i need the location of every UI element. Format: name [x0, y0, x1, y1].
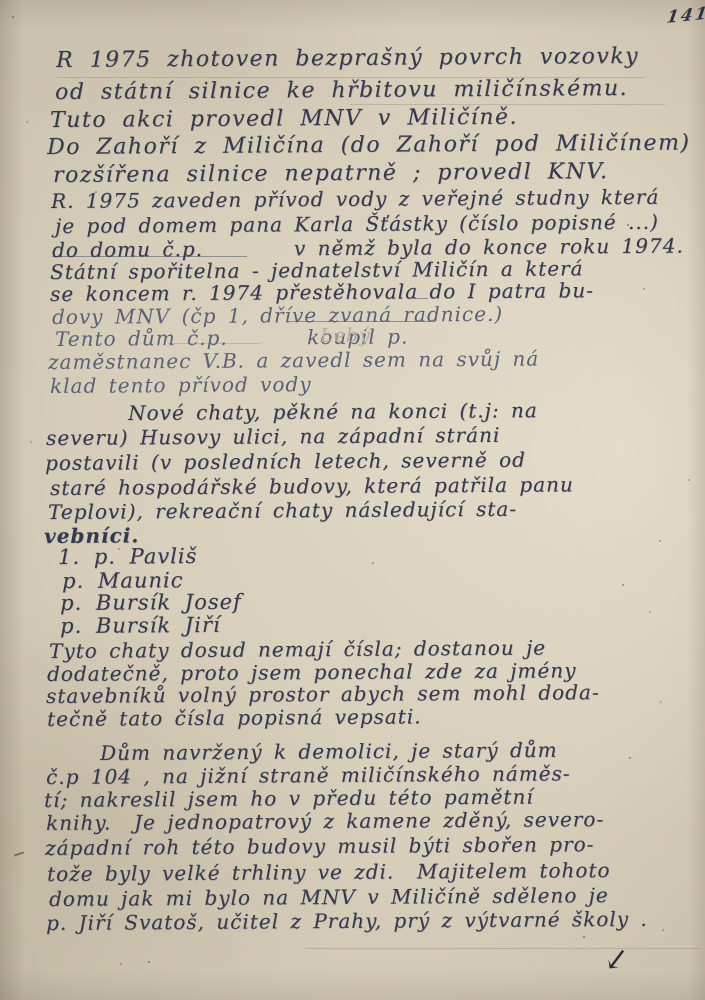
- handwritten-line: západní roh této budovy musil býti sboře…: [45, 832, 594, 860]
- page-number: 141: [665, 4, 705, 28]
- handwritten-line: staré hospodářské budovy, která patřila …: [50, 472, 574, 500]
- handwritten-line: knihy. Je jednopatrový z kamene zděný, s…: [46, 807, 604, 835]
- builder-list-item: 1. p. Pavliš: [58, 544, 197, 569]
- scan-speckles: [0, 0, 2, 2]
- handwritten-line: postavili (v posledních letech, severně …: [45, 448, 526, 475]
- handwritten-line: R 1975 zhotoven bezprašný povrch vozovky: [56, 44, 639, 73]
- handwritten-line: od státní silnice ke hřbitovu miličínské…: [55, 76, 628, 105]
- pencil-note: Lebý: [320, 325, 371, 347]
- handwritten-line: rozšířena silnice nepatrně ; provedl KNV…: [53, 159, 609, 188]
- builder-list-item: p. Bursík Jiří: [60, 613, 221, 638]
- faint-guide-line: [305, 948, 700, 949]
- handwritten-line: se koncem r. 1974 přestěhovala do I patr…: [50, 278, 594, 306]
- margin-pencil-dash: [14, 852, 24, 857]
- handwritten-line: R. 1975 zaveden přívod vody z veřejné st…: [51, 185, 659, 213]
- check-mark-icon: ↙: [602, 940, 632, 978]
- handwritten-line: Do Zahoří z Miličína (do Zahoří pod Mili…: [47, 131, 691, 160]
- handwritten-line: tože byly velké trhliny ve zdi. Majitele…: [47, 858, 611, 886]
- handwritten-line: severu) Husovy ulici, na západní stráni: [46, 423, 500, 450]
- handwritten-line: Teplovi), rekreační chaty následující st…: [48, 497, 517, 524]
- handwritten-line: tečně tato čísla popisná vepsati.: [47, 704, 422, 731]
- handwritten-line: p. Jiří Svatoš, učitel z Prahy, prý z vý…: [46, 907, 648, 935]
- chronicle-page-scan: 141 R 1975 zhotoven bezprašný povrch voz…: [0, 0, 705, 1000]
- handwritten-line: zaměstnanec V.B. a zavedl sem na svůj ná: [48, 347, 539, 374]
- builder-list-item: p. Bursík Josef: [60, 590, 242, 615]
- handwritten-line: Tuto akci provedl MNV v Miličíně.: [50, 105, 518, 133]
- handwritten-line: Nové chaty, pěkné na konci (t.j: na: [128, 398, 538, 425]
- handwritten-line: stavebníků volný prostor abych sem mohl …: [46, 680, 600, 708]
- handwritten-line: klad tento přívod vody: [50, 372, 312, 398]
